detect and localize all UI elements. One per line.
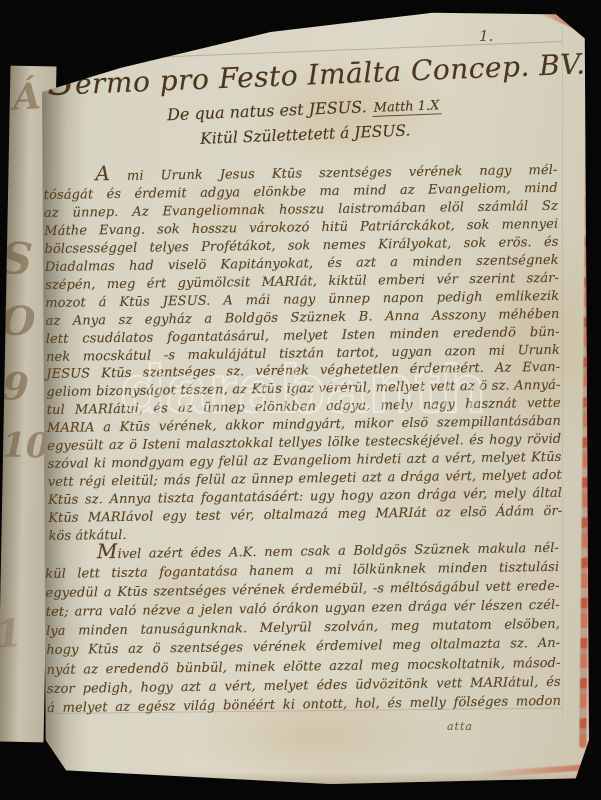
catchword: atta bbox=[447, 720, 473, 733]
bleedthrough-glyph: O bbox=[0, 297, 36, 345]
bleedthrough-glyph: S bbox=[0, 233, 34, 286]
subtitle-text: De qua natus est JESUS. bbox=[167, 97, 367, 124]
bleedthrough-glyph: Á bbox=[12, 75, 42, 118]
scripture-reference: Matth 1.X bbox=[371, 98, 441, 117]
bleedthrough-glyph: 10 bbox=[2, 426, 50, 467]
body-paragraph-1: A mi Urunk Jesus Ktūs szentséges vérének… bbox=[43, 159, 562, 546]
body-paragraph-2: Mivel azért édes A.K. nem csak a Boldgös… bbox=[45, 536, 561, 718]
red-fore-edge bbox=[579, 36, 593, 748]
red-fore-edge-bottom bbox=[477, 764, 592, 778]
bleedthrough-glyph: 1 bbox=[0, 610, 24, 657]
margin-rule-right bbox=[562, 26, 563, 716]
sermon-title-block: Sermo pro Festo Imālta Concep. BV. De qu… bbox=[46, 39, 561, 155]
bleedthrough-glyph: 9 bbox=[1, 363, 30, 409]
manuscript-photo: ÁSO9101 1. Sermo pro Festo Imālta Concep… bbox=[0, 0, 601, 800]
manuscript-page: 1. Sermo pro Festo Imālta Concep. BV. De… bbox=[0, 0, 601, 800]
